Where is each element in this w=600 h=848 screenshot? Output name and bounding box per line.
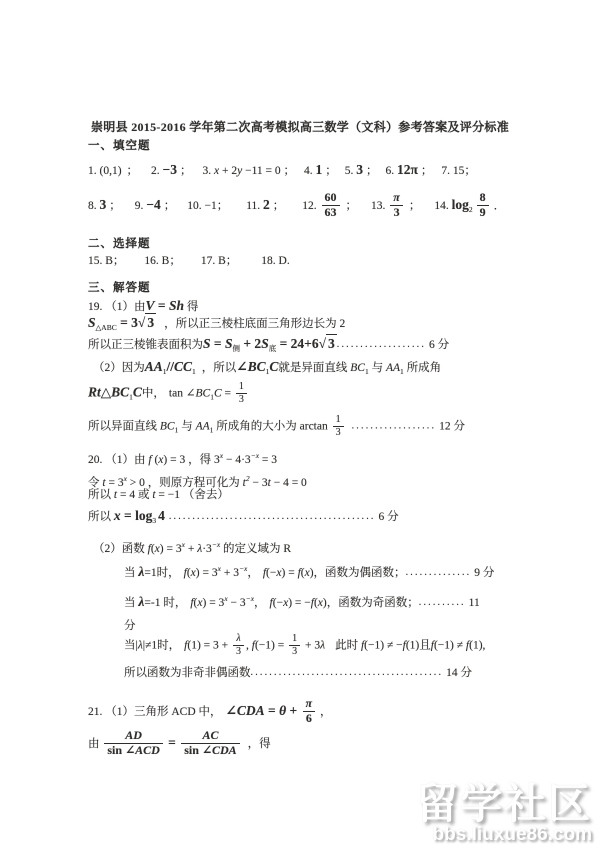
math-large: 3 <box>100 197 107 212</box>
math-large-italic: S <box>88 315 96 330</box>
math-italic: ∠ACD <box>125 743 160 757</box>
text-run: ； <box>409 200 421 212</box>
superscript: −x <box>212 540 220 549</box>
solution-20-part2-line1: （2）函数 f(x) = 3x + λ·3−x 的定义域为 R <box>93 536 291 558</box>
spacer <box>237 263 261 264</box>
fraction-numerator: 8 <box>477 191 489 205</box>
text-run: 就是异面直线 <box>278 362 350 374</box>
fraction-denominator: 3 <box>289 645 300 658</box>
text-run: 分 <box>124 620 136 632</box>
subscript: 3 <box>152 516 156 525</box>
text-run: 所以函数为非奇非偶函数 <box>124 667 251 679</box>
math-large: = <box>211 336 225 351</box>
math-italic: AC <box>202 728 218 742</box>
math-large-italic: ∠BC <box>236 359 265 374</box>
text-run: (1)且 <box>406 640 431 652</box>
math-italic: BC <box>195 388 210 400</box>
fraction-numerator: AC <box>181 729 239 743</box>
math-large-italic: Sh <box>169 298 184 313</box>
text-run: 10. −1； <box>187 200 228 212</box>
text-run: ； <box>346 200 358 212</box>
text-run: ，所以 <box>202 362 237 374</box>
text-run: 二、选择题 <box>88 238 151 250</box>
text-run: 12. <box>302 200 319 212</box>
text-run: 18. D. <box>261 255 289 267</box>
math-italic: λ <box>320 640 325 652</box>
text-run: + <box>185 543 197 555</box>
fraction-denominator: 3 <box>233 645 244 658</box>
solution-20-part2-line2: 当 λ=1时，f(x) = 3x + 3−x，f(−x) = f(x)，函数为偶… <box>124 560 494 582</box>
text-run: ) = 3 ，得 3 <box>163 454 219 466</box>
math-large: = log <box>121 508 153 523</box>
text-run: sin <box>184 743 202 757</box>
fraction-denominator: sin ∠CDA <box>181 743 239 758</box>
fraction-denominator: 6 <box>303 711 316 726</box>
math-large-italic: V <box>146 298 155 313</box>
text-run: 11 <box>466 597 480 609</box>
text-run: = −1 （舍去） <box>156 489 229 501</box>
fraction-numerator: 60 <box>322 191 340 205</box>
spacer <box>175 208 187 209</box>
fraction: 13 <box>289 633 300 657</box>
text-run: ，得 <box>248 738 271 750</box>
dot-leader: ........................................… <box>251 667 444 678</box>
text-run: ) = 3 <box>160 543 182 555</box>
text-run: ； <box>366 165 378 177</box>
text-run: 一、填空题 <box>88 140 151 152</box>
text-run: −11 = 0 ； <box>242 165 295 177</box>
fill-in-answers-row-1: 1. (0,1)；2. −3；3. x + 2y −11 = 0 ；4. 1；5… <box>88 161 476 180</box>
solution-20-part1-line3: 所以 t = 4 或 t = −1 （舍去） <box>88 487 229 504</box>
radical-sign: √ <box>138 314 145 331</box>
text-run: ； <box>127 165 139 177</box>
math-large-italic: AA <box>145 359 163 374</box>
math-italic: ∠CDA <box>202 743 237 757</box>
text-run: ) = 3 <box>196 567 218 579</box>
text-run: 所成角 <box>404 362 441 374</box>
text-run: 与 <box>369 362 386 374</box>
text-run: (−1) ≠ <box>434 640 466 652</box>
dot-leader: ........................................… <box>169 511 376 522</box>
math-large: 4 <box>158 508 165 523</box>
math-large: 3 <box>356 162 363 177</box>
math-large: −3 <box>163 162 177 177</box>
text-run: tan ∠ <box>169 388 196 400</box>
text-run: =-1 时， <box>144 597 186 609</box>
fraction: ACsin ∠CDA <box>181 729 239 758</box>
text-run: 14 分 <box>443 667 472 679</box>
text-run: 与 <box>178 421 195 433</box>
spacer <box>124 263 144 264</box>
dot-leader: .............. <box>406 567 472 578</box>
text-run: 当 <box>124 567 138 579</box>
text-run: ； <box>180 165 192 177</box>
text-run: 8. <box>88 200 100 212</box>
fraction: λ3 <box>233 633 244 657</box>
superscript: −x <box>246 594 254 603</box>
text-run: 所以异面直线 <box>88 421 160 433</box>
subscript: 1 <box>192 367 196 376</box>
document-page: 崇明县 2015-2016 学年第二次高考模拟高三数学（文科）参考答案及评分标准… <box>0 0 600 848</box>
math-large: + <box>286 703 300 718</box>
text-run: ， <box>254 597 266 609</box>
text-run: 当 <box>124 597 138 609</box>
text-run: ·3 <box>202 543 212 555</box>
fraction-numerator: π <box>390 191 403 205</box>
text-run: )，函数为奇函数； <box>323 597 419 609</box>
spacer <box>337 173 345 174</box>
solution-20-part1-line4: 所以 x = log34............................… <box>88 507 399 529</box>
subscript: 侧 <box>232 344 240 353</box>
solution-19-part1-line2: S△ABC = 3√3，所以正三棱柱底面三角形边长为 2 <box>88 313 345 336</box>
math-large-italic: S <box>261 336 269 351</box>
fraction-numerator: 1 <box>289 633 300 645</box>
fraction: 6063 <box>322 191 340 220</box>
fraction: 13 <box>236 381 247 405</box>
section-header-solutions: 三、解答题 <box>88 280 151 297</box>
document-body: 一、填空题1. (0,1)；2. −3；3. x + 2y −11 = 0 ；4… <box>0 0 600 848</box>
solution-20-part2-line4: 当|λ|≠1时，f(1) = 3 + λ3, f(−1) = 13 + 3λ此时… <box>124 634 485 658</box>
text-run: (− <box>273 597 283 609</box>
text-run: + 3 <box>221 567 239 579</box>
choice-answers: 15. B；16. B；17. B；18. D. <box>88 253 290 270</box>
solution-20-part2-line3-wrap: 分 <box>124 618 136 635</box>
text-run: ； <box>273 200 285 212</box>
math-large: + 2 <box>240 336 261 351</box>
fraction: ADsin ∠ACD <box>104 729 162 758</box>
text-run: 6. <box>386 165 398 177</box>
math-large: = 3 <box>117 315 138 330</box>
text-run: ； <box>109 200 121 212</box>
spacer <box>156 326 164 327</box>
text-run: = 3 <box>259 454 277 466</box>
math-large: = <box>165 735 179 750</box>
spacer <box>138 173 151 174</box>
fraction: 13 <box>333 414 344 438</box>
text-run: 21. （1）三角形 ACD 中， <box>88 706 222 718</box>
text-run: 13. <box>371 200 388 212</box>
math-large-italic: ∠CDA <box>226 703 265 718</box>
dot-leader: ................... <box>337 339 426 350</box>
text-run: =1时， <box>144 567 179 579</box>
solution-20-part2-line3: 当 λ=-1 时，f(x) = 3x − 3−x，f(−x) = −f(x)，函… <box>124 590 480 612</box>
fraction-denominator: 3 <box>390 205 403 220</box>
subscript: △ABC <box>96 323 117 332</box>
text-run: = <box>222 388 234 400</box>
fraction-denominator: 63 <box>322 205 340 220</box>
dot-leader: .................. <box>352 421 437 432</box>
math-italic: C <box>214 388 222 400</box>
text-run: 三、解答题 <box>88 282 151 294</box>
text-run: （2）函数 <box>93 543 148 555</box>
text-run: − 4·3 <box>223 454 251 466</box>
math-large: 12π <box>397 162 418 177</box>
text-run: ； <box>421 165 433 177</box>
text-run: 所以 <box>88 511 114 523</box>
spacer <box>473 208 475 209</box>
text-run: 所以正三棱锥表面积为 <box>88 339 203 351</box>
radicand: 3 <box>145 313 156 331</box>
text-run: |≠1时， <box>143 640 180 652</box>
fraction-numerator: AD <box>104 729 162 743</box>
text-run: （2）因为 <box>93 362 145 374</box>
text-run: 3. <box>203 165 215 177</box>
fraction-numerator: λ <box>233 633 244 645</box>
math-large: 1 <box>316 162 323 177</box>
solution-19-part2-line1: （2）因为AA1//CC1，所以∠BC1C就是异面直线 BC1 与 AA1 所成… <box>93 358 441 380</box>
text-run: 9 分 <box>471 567 494 579</box>
math-italic: AA <box>386 362 400 374</box>
radical: √3 <box>319 334 337 352</box>
text-run: 9. <box>135 200 147 212</box>
text-run: 14. <box>434 200 451 212</box>
text-run: 此时 <box>335 640 361 652</box>
text-run: 由 <box>88 738 102 750</box>
math-large-italic: Rt△BC <box>88 385 129 400</box>
subscript: 2 <box>469 205 473 214</box>
text-run: ， <box>247 567 259 579</box>
math-large-italic: x <box>114 508 121 523</box>
text-run: 20. （1）由 <box>88 454 148 466</box>
text-run: (− <box>266 567 276 579</box>
math-large: −4 <box>146 197 160 212</box>
math-large: // <box>167 359 175 374</box>
text-run: 6 分 <box>426 339 449 351</box>
solution-19-part2-line2: Rt△BC1C中，tan ∠BC1C = 13 <box>88 382 249 406</box>
spacer <box>192 173 203 174</box>
dot-leader: .......... <box>419 597 466 608</box>
fraction-numerator: π <box>303 697 316 711</box>
text-run: 17. B； <box>201 255 237 267</box>
math-italic: BC <box>350 362 365 374</box>
text-run: − 3 <box>228 597 246 609</box>
text-run: ) = 3 <box>202 597 224 609</box>
text-run: ； <box>325 165 337 177</box>
solution-19-part2-line3: 所以异面直线 BC1 与 AA1 所成角的大小为 arctan 13......… <box>88 415 465 439</box>
spacer <box>228 208 246 209</box>
math-large: = <box>265 703 279 718</box>
text-run: ) = <box>281 567 297 579</box>
radical-sign: √ <box>319 335 326 352</box>
text-run: ) = − <box>288 597 311 609</box>
fraction-numerator: 1 <box>236 381 247 393</box>
fraction-denominator: 9 <box>477 205 489 220</box>
fraction-denominator: 3 <box>236 393 247 406</box>
text-run: − 3 <box>250 477 268 489</box>
text-run: 12 分 <box>436 421 465 433</box>
text-run: 2. <box>151 165 163 177</box>
spacer <box>181 263 201 264</box>
text-run: 6 分 <box>376 511 399 523</box>
text-run: ，所以正三棱柱底面三角形边长为 2 <box>164 318 345 330</box>
math-large: log <box>452 197 469 212</box>
text-run: 4. <box>304 165 316 177</box>
math-italic: λ <box>236 633 240 644</box>
text-run: + 3 <box>302 640 320 652</box>
text-run: 中， <box>142 388 165 400</box>
radical: √3 <box>138 313 156 331</box>
spacer <box>284 208 302 209</box>
fill-in-answers-row-2: 8. 3；9. −4；10. −1；11. 2；12. 6063；13. π3；… <box>88 192 505 221</box>
text-run: (−1) = <box>255 640 287 652</box>
text-run: 所以 <box>88 489 114 501</box>
solution-21-part1-line1: 21. （1）三角形 ACD 中，∠CDA = θ + π6 ， <box>88 698 331 727</box>
text-run: 11. <box>246 200 263 212</box>
text-run: + 2 <box>219 165 237 177</box>
math-large-italic: CC <box>174 359 192 374</box>
math-italic: BC <box>160 421 175 433</box>
math-large: = 24+6 <box>276 336 318 351</box>
math-italic: AD <box>125 728 142 742</box>
text-run: 15. B； <box>88 255 124 267</box>
spacer <box>357 208 371 209</box>
text-run: − 4 = 0 <box>271 477 307 489</box>
section-header-choice: 二、选择题 <box>88 236 151 253</box>
math-italic: π <box>306 696 313 710</box>
spacer <box>378 173 386 174</box>
text-run: ， <box>317 706 331 718</box>
text-run: = 4 或 <box>117 489 152 501</box>
fraction-denominator: sin ∠ACD <box>104 743 162 758</box>
text-run: (1), <box>469 640 485 652</box>
text-run: ； <box>164 200 176 212</box>
spacer <box>295 173 304 174</box>
solution-21-part1-line2: 由 ADsin ∠ACD = ACsin ∠CDA，得 <box>88 730 271 759</box>
text-run: 1. (0,1) <box>88 165 122 177</box>
text-run: 得 <box>184 301 198 313</box>
fraction: 89 <box>477 191 489 220</box>
fraction: π6 <box>303 697 316 726</box>
solution-19-part1-line3: 所以正三棱锥表面积为S = S侧 + 2S底 = 24+6√3.........… <box>88 334 449 357</box>
text-run: 7. 15； <box>441 165 476 177</box>
spacer <box>420 208 434 209</box>
section-header-fill-in: 一、填空题 <box>88 138 151 155</box>
math-large-italic: C <box>133 385 142 400</box>
spacer <box>325 648 335 649</box>
math-large-italic: S <box>203 336 211 351</box>
text-run: 所成角的大小为 arctan <box>213 421 330 433</box>
superscript: −x <box>251 451 259 460</box>
solution-20-part1-line1: 20. （1）由 f (x) = 3 ，得 3x − 4·3−x = 3 <box>88 447 277 469</box>
fraction-numerator: 1 <box>333 414 344 426</box>
text-run: (−1) ≠ − <box>364 640 402 652</box>
math-italic: π <box>393 190 400 204</box>
text-run: )，函数为偶函数； <box>310 567 406 579</box>
fraction: π3 <box>390 191 403 220</box>
text-run: 当| <box>124 640 138 652</box>
spacer <box>121 208 135 209</box>
text-run: 的定义域为 R <box>220 543 291 555</box>
text-run: 16. B； <box>144 255 180 267</box>
fraction-denominator: 3 <box>333 426 344 439</box>
text-run: (1) = 3 + <box>187 640 231 652</box>
math-italic: AA <box>196 421 210 433</box>
text-run: 19. （1）由 <box>88 301 146 313</box>
text-run: 5. <box>345 165 357 177</box>
math-large: 2 <box>263 197 270 212</box>
text-run: sin <box>107 743 125 757</box>
math-large: = <box>155 298 169 313</box>
radicand: 3 <box>326 334 337 352</box>
solution-20-part2-line5: 所以函数为非奇非偶函数.............................… <box>124 664 472 682</box>
text-run: ． <box>494 200 506 212</box>
